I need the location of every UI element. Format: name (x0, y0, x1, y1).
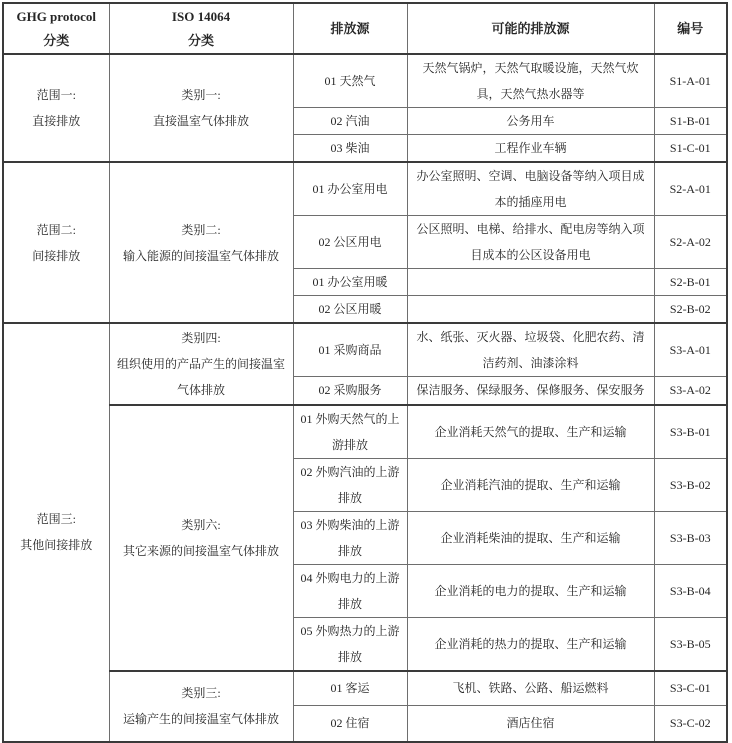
possible-sources-cell: 天然气锅炉，天然气取暖设施，天然气炊具，天然气热水器等 (407, 54, 654, 108)
possible-sources-cell: 飞机、铁路、公路、船运燃料 (407, 671, 654, 706)
table-row: 类别六: 其它来源的间接温室气体排放 01 外购天然气的上游排放 企业消耗天然气… (3, 405, 727, 459)
header-possible-sources: 可能的排放源 (407, 3, 654, 54)
code-cell: S3-B-04 (654, 564, 727, 617)
scope-label-line2: 其他间接排放 (10, 532, 103, 558)
header-iso-line1: ISO 14064 (116, 5, 287, 29)
possible-sources-cell: 企业消耗的热力的提取、生产和运输 (407, 617, 654, 671)
category2-cell: 类别二: 输入能源的间接温室气体排放 (109, 162, 293, 323)
scope1-cell: 范围一: 直接排放 (3, 54, 109, 162)
scope-label-line2: 直接排放 (10, 108, 103, 134)
scope-label-line2: 间接排放 (10, 243, 103, 269)
code-cell: S3-B-05 (654, 617, 727, 671)
header-ghg-protocol: GHG protocol 分类 (3, 3, 109, 54)
header-ghg-line2: 分类 (10, 29, 103, 53)
code-cell: S2-A-01 (654, 162, 727, 216)
source-cell: 02 公区用暖 (293, 296, 407, 324)
possible-sources-cell: 工程作业车辆 (407, 135, 654, 163)
source-cell: 02 采购服务 (293, 377, 407, 405)
source-cell: 03 外购柴油的上游排放 (293, 511, 407, 564)
possible-sources-cell: 企业消耗的电力的提取、生产和运输 (407, 564, 654, 617)
source-cell: 02 外购汽油的上游排放 (293, 458, 407, 511)
possible-sources-cell: 水、纸张、灭火器、垃圾袋、化肥农药、清洁药剂、油漆涂料 (407, 323, 654, 377)
category-label-line1: 类别三: (116, 680, 287, 706)
category-label-line2: 直接温室气体排放 (116, 108, 287, 134)
source-cell: 04 外购电力的上游排放 (293, 564, 407, 617)
category6-cell: 类别六: 其它来源的间接温室气体排放 (109, 405, 293, 671)
code-cell: S3-C-02 (654, 706, 727, 742)
category-label-line2: 组织使用的产品产生的间接温室气体排放 (117, 357, 285, 397)
table-row: 范围二: 间接排放 类别二: 输入能源的间接温室气体排放 01 办公室用电 办公… (3, 162, 727, 216)
source-cell: 01 办公室用电 (293, 162, 407, 216)
possible-sources-cell: 保洁服务、保绿服务、保修服务、保安服务 (407, 377, 654, 405)
scope-label-line1: 范围三: (10, 506, 103, 532)
possible-sources-cell: 企业消耗汽油的提取、生产和运输 (407, 458, 654, 511)
possible-sources-cell (407, 269, 654, 296)
source-cell: 02 汽油 (293, 108, 407, 135)
header-emission-source: 排放源 (293, 3, 407, 54)
possible-sources-cell: 办公室照明、空调、电脑设备等纳入项目成本的插座用电 (407, 162, 654, 216)
code-cell: S3-B-01 (654, 405, 727, 459)
code-cell: S2-B-01 (654, 269, 727, 296)
code-cell: S2-A-02 (654, 216, 727, 269)
code-cell: S1-A-01 (654, 54, 727, 108)
table-row: 范围一: 直接排放 类别一: 直接温室气体排放 01 天然气 天然气锅炉，天然气… (3, 54, 727, 108)
source-cell: 01 办公室用暖 (293, 269, 407, 296)
source-cell: 01 外购天然气的上游排放 (293, 405, 407, 459)
category3-cell: 类别三: 运输产生的间接温室气体排放 (109, 671, 293, 742)
source-cell: 02 公区用电 (293, 216, 407, 269)
emission-source-table: GHG protocol 分类 ISO 14064 分类 排放源 可能的排放源 … (2, 2, 728, 743)
possible-sources-cell: 酒店住宿 (407, 706, 654, 742)
scope2-cell: 范围二: 间接排放 (3, 162, 109, 323)
source-cell: 05 外购热力的上游排放 (293, 617, 407, 671)
possible-sources-cell: 公务用车 (407, 108, 654, 135)
header-ghg-line1: GHG protocol (10, 5, 103, 29)
source-cell: 02 住宿 (293, 706, 407, 742)
code-cell: S3-C-01 (654, 671, 727, 706)
category-label-line2: 运输产生的间接温室气体排放 (116, 706, 287, 732)
source-cell: 03 柴油 (293, 135, 407, 163)
category-label-line2: 输入能源的间接温室气体排放 (116, 243, 287, 269)
category4-cell: 类别四: 组织使用的产品产生的间接温室气体排放 (109, 323, 293, 405)
possible-sources-cell (407, 296, 654, 324)
category-label-line2: 其它来源的间接温室气体排放 (116, 538, 287, 564)
category-label-line1: 类别六: (116, 512, 287, 538)
possible-sources-cell: 企业消耗柴油的提取、生产和运输 (407, 511, 654, 564)
table-row: 类别三: 运输产生的间接温室气体排放 01 客运 飞机、铁路、公路、船运燃料 S… (3, 671, 727, 706)
header-code: 编号 (654, 3, 727, 54)
possible-sources-cell: 企业消耗天然气的提取、生产和运输 (407, 405, 654, 459)
scope3-cell: 范围三: 其他间接排放 (3, 323, 109, 742)
source-cell: 01 天然气 (293, 54, 407, 108)
code-cell: S3-A-01 (654, 323, 727, 377)
category-label-line1: 类别二: (116, 217, 287, 243)
source-cell: 01 采购商品 (293, 323, 407, 377)
possible-sources-cell: 公区照明、电梯、给排水、配电房等纳入项目成本的公区设备用电 (407, 216, 654, 269)
source-cell: 01 客运 (293, 671, 407, 706)
scope-label-line1: 范围一: (10, 82, 103, 108)
code-cell: S1-C-01 (654, 135, 727, 163)
table-row: 范围三: 其他间接排放 类别四: 组织使用的产品产生的间接温室气体排放 01 采… (3, 323, 727, 377)
scope-label-line1: 范围二: (10, 217, 103, 243)
code-cell: S2-B-02 (654, 296, 727, 324)
category-label-line1: 类别四: (116, 325, 287, 351)
code-cell: S3-B-02 (654, 458, 727, 511)
header-iso14064: ISO 14064 分类 (109, 3, 293, 54)
category-label-line1: 类别一: (116, 82, 287, 108)
header-row: GHG protocol 分类 ISO 14064 分类 排放源 可能的排放源 … (3, 3, 727, 54)
header-iso-line2: 分类 (116, 29, 287, 53)
code-cell: S3-A-02 (654, 377, 727, 405)
category1-cell: 类别一: 直接温室气体排放 (109, 54, 293, 162)
code-cell: S3-B-03 (654, 511, 727, 564)
code-cell: S1-B-01 (654, 108, 727, 135)
